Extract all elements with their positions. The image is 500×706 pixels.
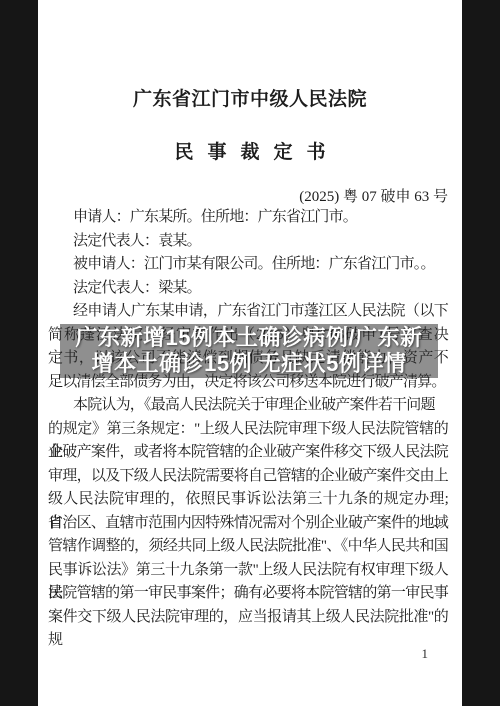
headline-line-1: 广东新增15例本土确诊病例/广东新 xyxy=(75,325,422,351)
page-number: 1 xyxy=(422,646,429,662)
letterbox-bar-right xyxy=(462,0,500,706)
news-headline-overlay: 广东新增15例本土确诊病例/广东新 增本土确诊15例 无症状5例详情 xyxy=(60,324,438,378)
body-line: 级人民法院审理的，依照民事诉讼法第三十九条的规定办理;省、 xyxy=(48,488,448,512)
headline-line-2: 增本土确诊15例 无症状5例详情 xyxy=(92,351,407,377)
body-line: 本院认为，《最高人民法院关于审理企业破产案件若干问题 xyxy=(48,394,448,418)
body-line: 自治区、直辖市范围内因特殊情况需对个别企业破产案件的地域 xyxy=(48,512,448,536)
body-line: 业破产案件，或者将本院管辖的企业破产案件移交下级人民法院 xyxy=(48,441,448,465)
court-name-heading: 广东省江门市中级人民法院 xyxy=(38,84,462,111)
body-line: 审理，以及下级人民法院需要将自己管辖的企业破产案件交由上 xyxy=(48,465,448,489)
body-line: 法定代表人：袁某。 xyxy=(48,230,448,254)
body-line: 申请人：广东某所。住所地：广东省江门市。 xyxy=(48,206,448,230)
body-line: 被申请人：江门市某有限公司。住所地：广东省江门市。。 xyxy=(48,253,448,277)
body-line: 民事诉讼法》第三十九条第一款"上级人民法院有权审理下级人民 xyxy=(48,559,448,583)
screenshot-frame: 广东省江门市中级人民法院 民事裁定书 (2025) 粤 07 破申 63 号 申… xyxy=(0,0,500,706)
case-number: (2025) 粤 07 破申 63 号 xyxy=(299,185,448,206)
body-line: 经申请人广东某申请，广东省江门市蓬江区人民法院（以下 xyxy=(48,300,448,324)
letterbox-bar-left xyxy=(0,0,38,706)
body-line: 案件交下级人民法院审理的，应当报请其上级人民法院批准"的规 xyxy=(48,606,448,630)
body-line: 法院管辖的第一审民事案件；确有必要将本院管辖的第一审民事 xyxy=(48,582,448,606)
body-line: 的规定》第三条规定："上级人民法院审理下级人民法院管辖的企 xyxy=(48,418,448,442)
document-type-heading: 民事裁定书 xyxy=(38,137,462,164)
body-line: 法定代表人：梁某。 xyxy=(48,277,448,301)
body-line: 管辖作调整的，须经共同上级人民法院批准"、《中华人民共和国 xyxy=(48,535,448,559)
document-type-text: 民事裁定书 xyxy=(174,142,339,163)
document-body: 申请人：广东某所。住所地：广东省江门市。 法定代表人：袁某。 被申请人：江门市某… xyxy=(48,206,448,629)
